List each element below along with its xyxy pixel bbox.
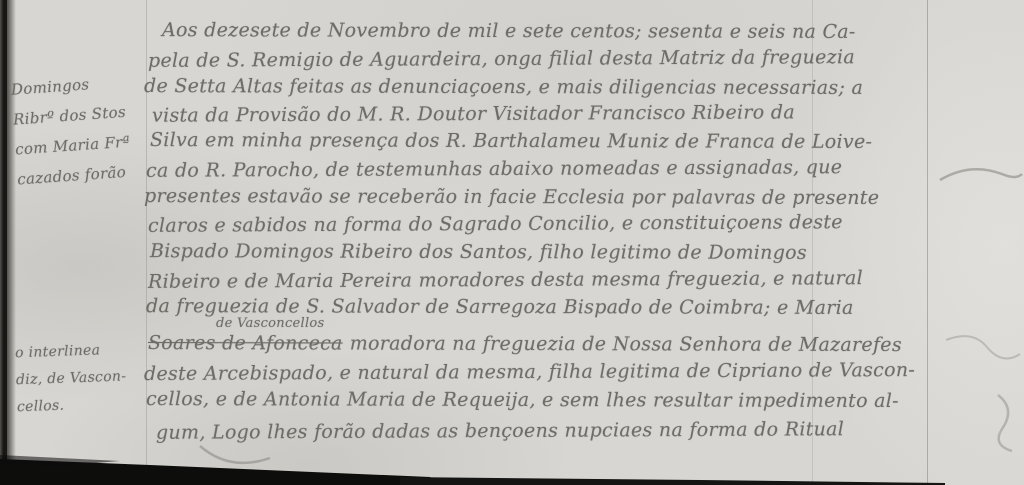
manuscript-line: vista da Provisão do M. R. Doutor Visita… [152,101,795,126]
manuscript-line: presentes estavão se receberão in facie … [144,185,879,209]
manuscript-line: Soares de Afoncecamoradora na freguezia … [148,332,902,356]
manuscript-line: de Setta Altas feitas as denunciaçoens, … [144,75,863,99]
manuscript-line: pela de S. Remigio de Aguardeira, onga f… [148,46,855,72]
ink-flourish [200,446,270,463]
book-gutter-edge [3,0,7,485]
paper-fold-line [812,0,813,485]
interlinear-insertion: de Vasconcellos [216,316,325,331]
manuscript-line: Bispado Domingos Ribeiro dos Santos, fil… [150,240,807,264]
manuscript-text: moradora na freguezia de Nossa Senhora d… [350,333,902,356]
margin-note-couple: Domingos Ribrº dos Stos com Maria Frª ca… [10,66,150,195]
manuscript-line: Silva em minha presença dos R. Barthalam… [150,129,872,153]
paper-fold-line [927,0,928,485]
ink-flourish [946,336,1020,358]
margin-note-interlinea: o interlinea diz, de Vascon- cellos. [15,336,148,421]
margin-note-line: cellos. [17,390,148,422]
manuscript-line: Ribeiro e de Maria Pereira moradores des… [148,267,863,293]
struck-text: Soares de Afonceca [148,332,343,355]
manuscript-line: claros e sabidos na forma do Sagrado Con… [148,211,843,237]
manuscript-line: gum, Logo lhes forão dadas as bençoens n… [156,418,844,444]
manuscript-line: ca do R. Parocho, de testemunhas abaixo … [146,156,842,182]
ink-flourish [940,169,1022,180]
manuscript-scan-page: Domingos Ribrº dos Stos com Maria Frª ca… [0,0,1024,485]
manuscript-line: Aos dezesete de Novembro de mil e sete c… [162,19,856,43]
manuscript-line: cellos, e de Antonia Maria de Requeija, … [146,388,899,412]
ink-flourish [998,395,1012,451]
manuscript-line: deste Arcebispado, e natural da mesma, f… [144,359,915,385]
